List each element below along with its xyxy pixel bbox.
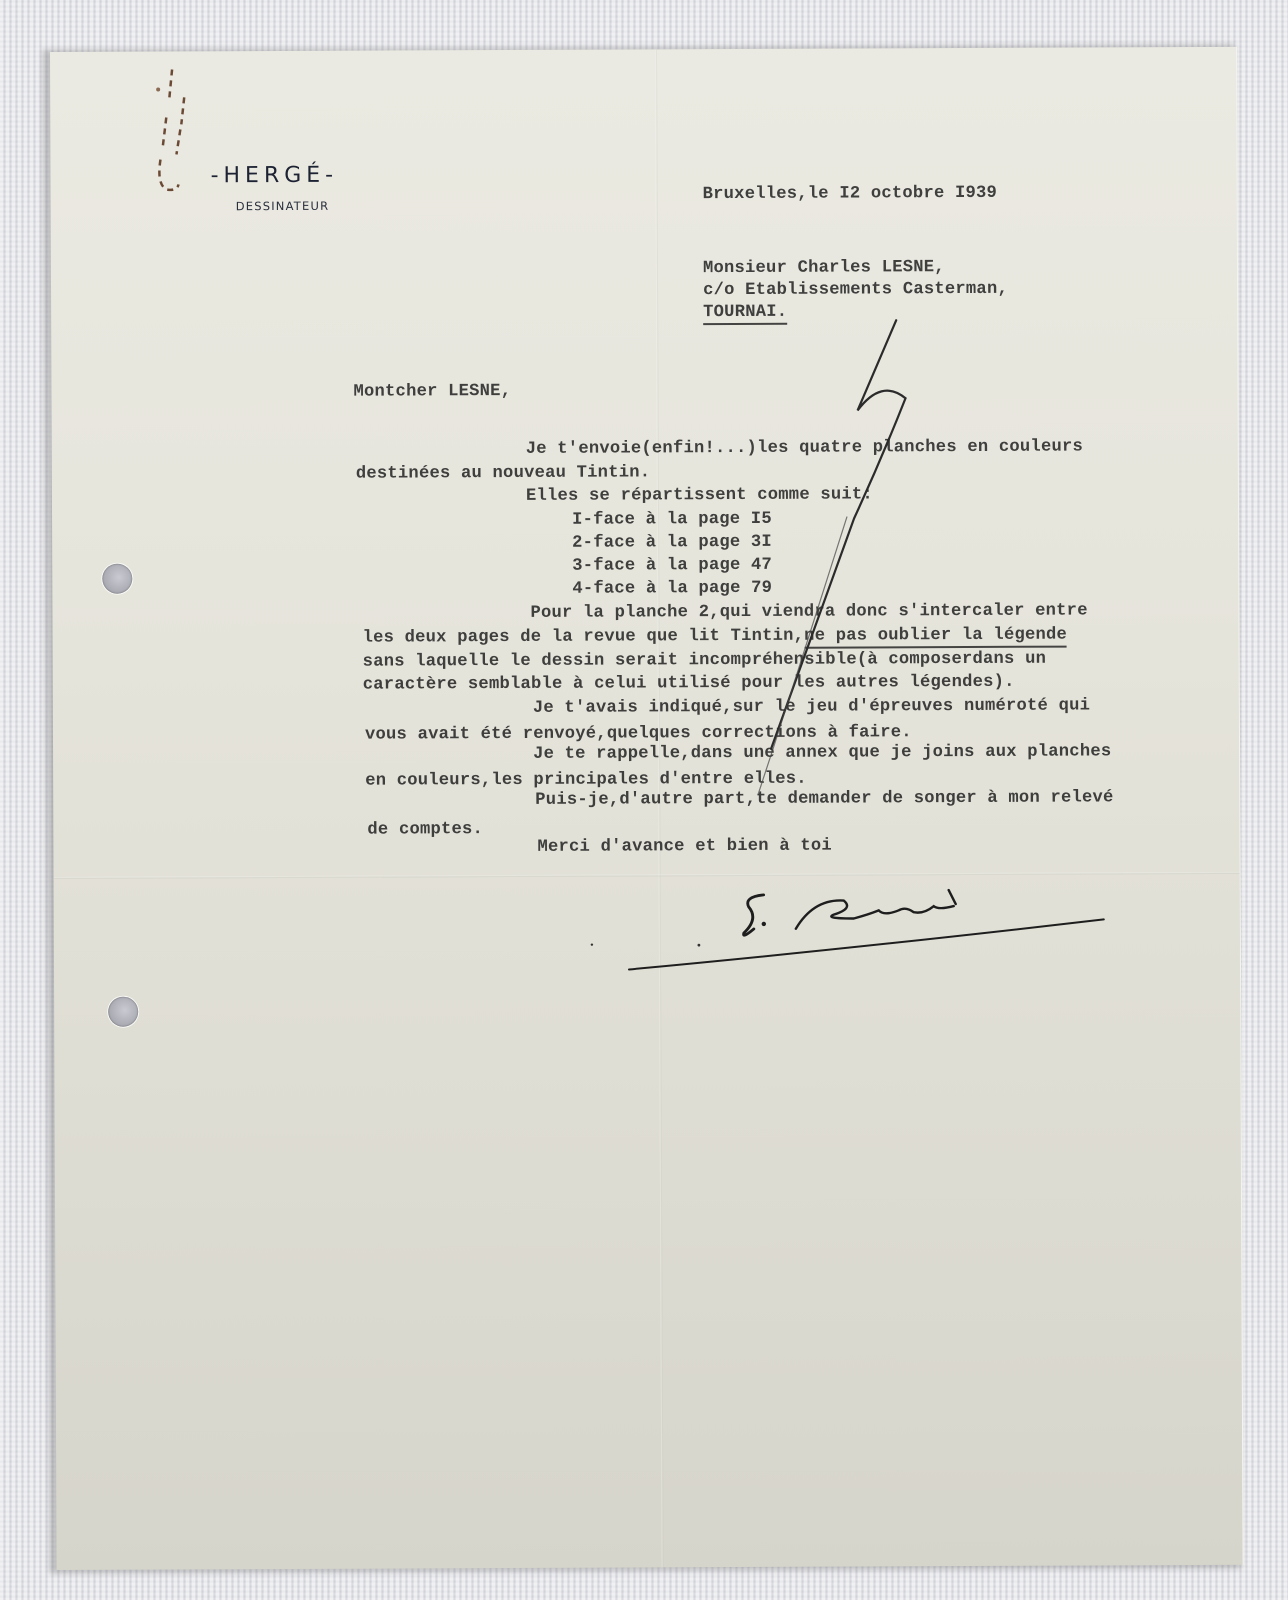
salutation: Montcher LESNE, <box>353 382 511 402</box>
body-line: les deux pages de la revue que lit Tinti… <box>363 626 1068 648</box>
punch-hole-bottom <box>108 997 138 1027</box>
recipient-city: TOURNAI. <box>703 303 787 325</box>
body-text: les deux pages de la revue que lit Tinti… <box>363 627 805 648</box>
body-line: Elles se répartissent comme suit: <box>526 485 873 506</box>
body-line: caractère semblable à celui utilisé pour… <box>363 673 1015 695</box>
letter-paper: -HERGÉ- DESSINATEUR Bruxelles,le I2 octo… <box>50 47 1244 1570</box>
list-item: 3-face à la page 47 <box>572 556 772 576</box>
body-line: Je te rappelle,dans une annex que je joi… <box>533 742 1111 764</box>
punch-hole-top <box>102 564 132 594</box>
list-item: 2-face à la page 3I <box>572 533 772 553</box>
body-line: sans laquelle le dessin serait incompréh… <box>363 650 1046 672</box>
body-line: vous avait été renvoyé,quelques correcti… <box>365 723 912 744</box>
place-date: Bruxelles,le I2 octobre I939 <box>703 184 997 204</box>
list-item: 4-face à la page 79 <box>572 579 772 599</box>
body-line: Je t'avais indiqué,sur le jeu d'épreuves… <box>533 696 1090 717</box>
body-line: Je t'envoie(enfin!...)les quatre planche… <box>526 437 1083 458</box>
body-line: Puis-je,d'autre part,te demander de song… <box>535 788 1113 810</box>
closing: Merci d'avance et bien à toi <box>537 837 831 857</box>
underlined-emphasis: ne pas oublier la légende <box>804 626 1067 649</box>
paperclip-rust-mark-icon <box>154 59 195 199</box>
body-line: destinées au nouveau Tintin. <box>356 463 650 483</box>
body-line: de comptes. <box>367 820 483 840</box>
recipient-line-1: Monsieur Charles LESNE, <box>703 258 945 278</box>
letterhead-title: DESSINATEUR <box>236 199 330 213</box>
list-item: I-face à la page I5 <box>572 510 772 530</box>
body-line: en couleurs,les principales d'entre elle… <box>365 770 807 791</box>
recipient-line-2: c/o Etablissements Casterman, <box>703 280 1008 300</box>
body-line: Pour la planche 2,qui viendra donc s'int… <box>530 601 1087 622</box>
fold-crease-horizontal <box>54 872 1240 879</box>
letterhead-name: -HERGÉ- <box>210 163 338 189</box>
